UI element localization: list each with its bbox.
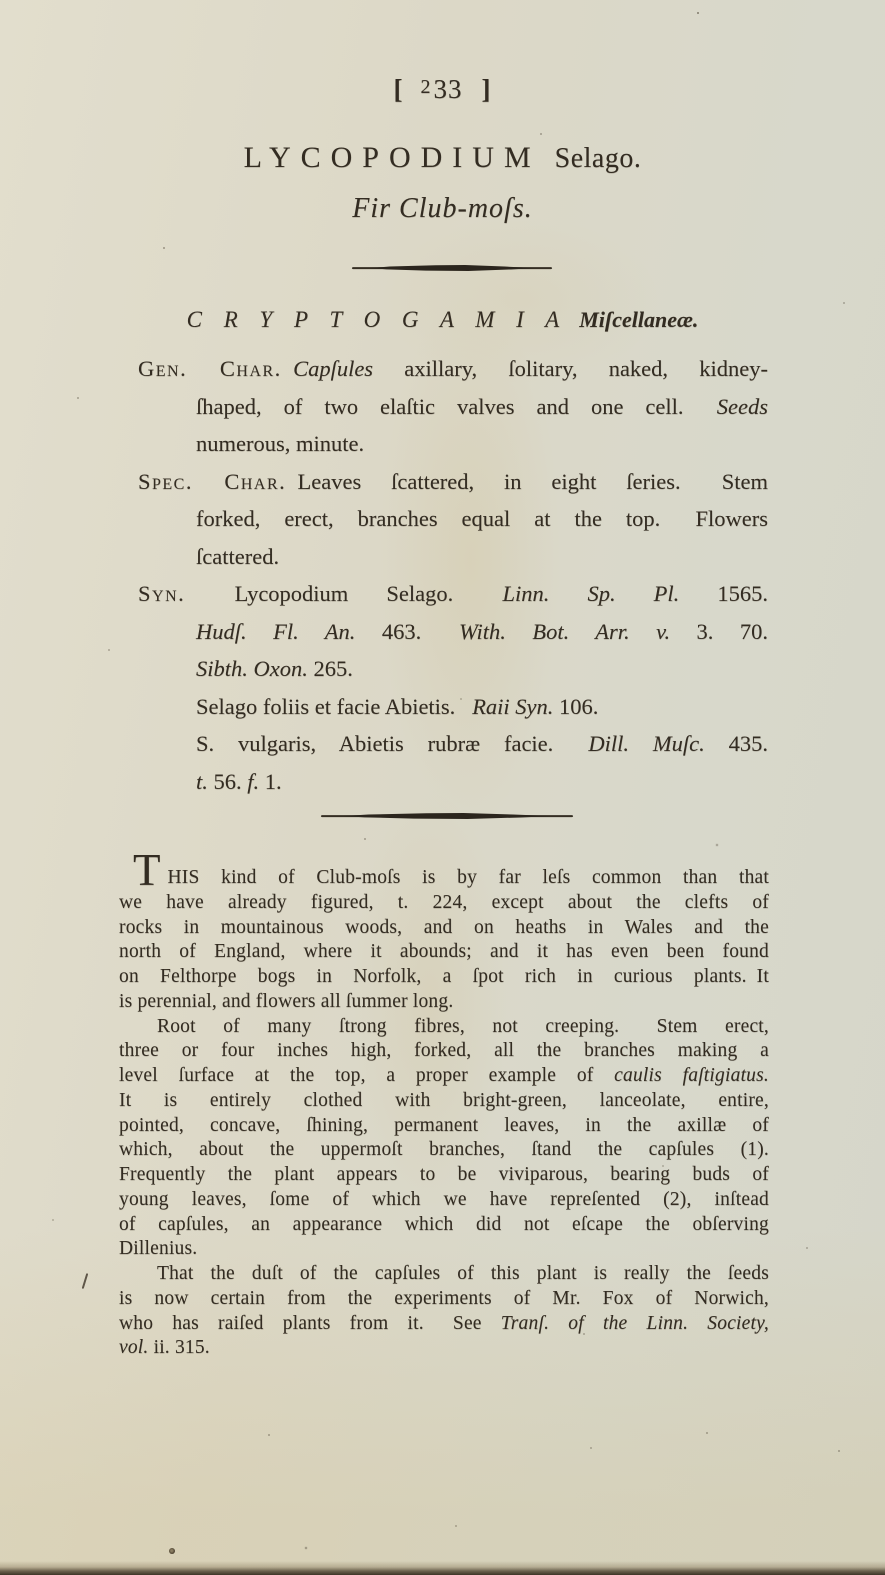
reference-line: S. vulgaris, Abietis rubræ facie. Dill. …	[138, 725, 768, 763]
class-name: C R Y P T O G A M I A	[187, 307, 568, 332]
italic-segment: Raii Syn.	[472, 694, 553, 719]
initial-capital: T	[133, 845, 163, 895]
text-segment: Root of many ſtrong fibres, not creeping…	[157, 1016, 769, 1037]
text-segment: rocks in mountainous woods, and on heath…	[119, 917, 769, 938]
text-segment: 1.	[259, 769, 282, 794]
italic-segment: f.	[247, 769, 259, 794]
body-text-line: young leaves, ſome of which we have repr…	[119, 1188, 769, 1213]
body-text-line: Dillenius.	[119, 1237, 769, 1262]
text-segment: who has raiſed plants from it. See	[119, 1313, 501, 1334]
reference-line: ſhaped, of two elaſtic valves and one ce…	[138, 388, 768, 426]
text-segment: ii. 315.	[149, 1337, 210, 1358]
text-segment: Lycopodium Selago.	[185, 581, 502, 606]
text-segment: forked, erect, branches equal at the top…	[196, 506, 768, 531]
text-segment: is now certain from the experiments of M…	[119, 1288, 769, 1309]
reference-line: Hudſ. Fl. An. 463. With. Bot. Arr. v. 3.…	[138, 613, 768, 651]
reference-line: ſcattered.	[138, 538, 768, 576]
body-text-line: north of England, where it abounds; and …	[119, 940, 769, 965]
text-segment: Selago foliis et facie Abietis.	[196, 694, 472, 719]
italic-segment: Linn. Sp. Pl.	[503, 581, 680, 606]
text-segment: Leaves ſcattered, in eight ſeries. Stem	[286, 469, 768, 494]
smallcaps-label: Syn.	[138, 581, 185, 606]
body-text-line: level ſurface at the top, a proper examp…	[119, 1064, 769, 1089]
text-segment: HIS kind of Club-moſs is by far leſs com…	[168, 867, 770, 888]
text-segment: three or four inches high, forked, all t…	[119, 1040, 769, 1061]
body-text-line: pointed, concave, ſhining, permanent lea…	[119, 1114, 769, 1139]
text-segment: That the duſt of the capſules of this pl…	[157, 1263, 769, 1284]
italic-segment: Capſules	[293, 356, 373, 381]
page-number-close-bracket: ]	[482, 74, 492, 104]
text-segment: is perennial, and flowers all ſummer lon…	[119, 991, 453, 1012]
reference-line: Gen. Char. Capſules axillary, ſolitary, …	[138, 350, 768, 388]
reference-line: t. 56. f. 1.	[138, 763, 768, 801]
reference-line: Sibth. Oxon. 265.	[138, 650, 768, 688]
body-text-line: It is entirely clothed with bright-green…	[119, 1089, 769, 1114]
species-title: LYCOPODIUMSelago.	[0, 141, 885, 175]
page-number-digits: 33	[434, 74, 463, 104]
text-segment: which, about the uppermoſt branches, ſta…	[119, 1139, 769, 1160]
text-segment: 265.	[308, 656, 353, 681]
body-text-line: which, about the uppermoſt branches, ſta…	[119, 1138, 769, 1163]
italic-segment: Sibth. Oxon.	[196, 656, 308, 681]
body-text-line: That the duſt of the capſules of this pl…	[119, 1262, 769, 1287]
smallcaps-label: Spec. Char.	[138, 469, 286, 494]
text-segment: 1565.	[679, 581, 768, 606]
text-segment: young leaves, ſome of which we have repr…	[119, 1189, 769, 1210]
body-text-line: Root of many ſtrong fibres, not creeping…	[119, 1015, 769, 1040]
text-segment: 435.	[705, 731, 768, 756]
bottom-ink-mark	[169, 1548, 175, 1554]
body-text-line: vol. ii. 315.	[119, 1336, 769, 1361]
text-segment: It is entirely clothed with bright-green…	[119, 1090, 769, 1111]
smallcaps-label: Gen. Char.	[138, 356, 282, 381]
body-text-line: of capſules, an appearance which did not…	[119, 1213, 769, 1238]
paragraph: That the duſt of the capſules of this pl…	[119, 1262, 769, 1361]
paper-specks	[0, 0, 2, 2]
margin-pen-mark	[82, 1273, 88, 1289]
paragraph: THIS kind of Club-moſs is by far leſs co…	[119, 866, 769, 1015]
text-segment: pointed, concave, ſhining, permanent lea…	[119, 1115, 769, 1136]
italic-segment: Seeds	[717, 394, 768, 419]
body-text-line: is now certain from the experiments of M…	[119, 1287, 769, 1312]
reference-line: Selago foliis et facie Abietis. Raii Syn…	[138, 688, 768, 726]
text-segment: on Felthorpe bogs in Norfolk, a ſpot ric…	[119, 966, 769, 987]
text-segment: axillary, ſolitary, naked, kidney-	[373, 356, 768, 381]
page-number: [233]	[0, 74, 885, 105]
text-segment: Dillenius.	[119, 1238, 197, 1259]
text-segment: S. vulgaris, Abietis rubræ facie.	[196, 731, 588, 756]
ornamental-rule-middle	[321, 812, 573, 820]
paragraph: Root of many ſtrong fibres, not creeping…	[119, 1015, 769, 1263]
body-text-line: three or four inches high, forked, all t…	[119, 1039, 769, 1064]
text-segment: 463.	[355, 619, 459, 644]
order-name: Miſcellaneæ.	[579, 307, 698, 332]
reference-line: Spec. Char. Leaves ſcattered, in eight ſ…	[138, 463, 768, 501]
italic-segment: Hudſ. Fl. An.	[196, 619, 355, 644]
book-page: [233] LYCOPODIUMSelago. Fir Club-moſs. C…	[0, 0, 885, 1575]
ornamental-rule-top	[352, 264, 552, 272]
text-segment: ſhaped, of two elaſtic valves and one ce…	[196, 394, 717, 419]
italic-segment: Tranſ. of the Linn. Society,	[501, 1313, 769, 1334]
text-segment: 3. 70.	[670, 619, 768, 644]
text-segment	[282, 356, 293, 381]
reference-block: Gen. Char. Capſules axillary, ſolitary, …	[138, 350, 768, 800]
text-segment: 56.	[208, 769, 247, 794]
italic-segment: Dill. Muſc.	[588, 731, 704, 756]
italic-segment: t.	[196, 769, 208, 794]
text-segment: we have already figured, t. 224, except …	[119, 892, 769, 913]
body-text-line: is perennial, and flowers all ſummer lon…	[119, 990, 769, 1015]
body-text-line: on Felthorpe bogs in Norfolk, a ſpot ric…	[119, 965, 769, 990]
genus-name: LYCOPODIUM	[244, 141, 541, 174]
reference-line: Syn. Lycopodium Selago. Linn. Sp. Pl. 15…	[138, 575, 768, 613]
italic-segment: With. Bot. Arr. v.	[459, 619, 670, 644]
reference-line: numerous, minute.	[138, 425, 768, 463]
page-number-open-bracket: [	[394, 74, 404, 104]
text-segment: ſcattered.	[196, 544, 279, 569]
body-text-line: who has raiſed plants from it. See Tranſ…	[119, 1312, 769, 1337]
body-text-line: rocks in mountainous woods, and on heath…	[119, 916, 769, 941]
italic-segment: vol.	[119, 1337, 149, 1358]
italic-segment: caulis faſtigiatus.	[614, 1065, 769, 1086]
body-text-line: we have already figured, t. 224, except …	[119, 891, 769, 916]
text-segment: Frequently the plant appears to be vivip…	[119, 1164, 769, 1185]
text-segment: 106.	[553, 694, 598, 719]
body-text-block: THIS kind of Club-moſs is by far leſs co…	[119, 866, 769, 1361]
text-segment: of capſules, an appearance which did not…	[119, 1214, 769, 1235]
species-epithet: Selago.	[555, 143, 642, 174]
body-text-line: Frequently the plant appears to be vivip…	[119, 1163, 769, 1188]
classification-line: C R Y P T O G A M I AMiſcellaneæ.	[0, 307, 885, 333]
reference-line: forked, erect, branches equal at the top…	[138, 500, 768, 538]
page-number-superscript-digit: 2	[421, 76, 432, 98]
text-segment: level ſurface at the top, a proper examp…	[119, 1065, 614, 1086]
common-name: Fir Club-moſs.	[0, 193, 885, 225]
body-text-line: THIS kind of Club-moſs is by far leſs co…	[119, 866, 769, 891]
text-segment: numerous, minute.	[196, 431, 364, 456]
text-segment: north of England, where it abounds; and …	[119, 941, 769, 962]
